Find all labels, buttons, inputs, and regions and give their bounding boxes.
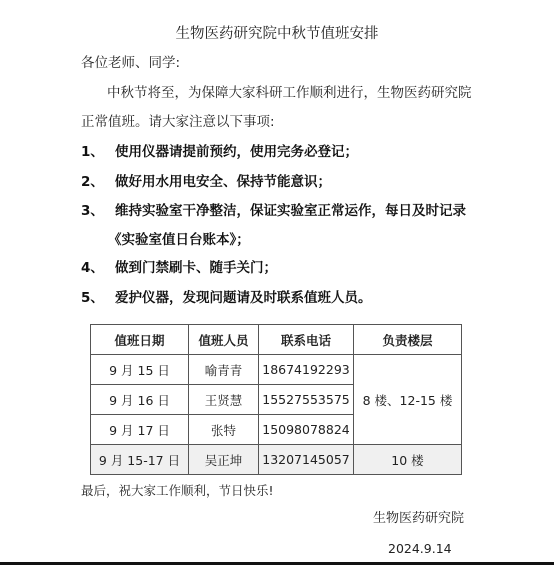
list-text: 做到门禁刷卡、随手关门； bbox=[115, 259, 277, 277]
list-text-continued: 《实验室值日台账本》； bbox=[108, 231, 250, 249]
cell-date: 9 月 15-17 日 bbox=[91, 445, 189, 475]
document-title: 生物医药研究院中秋节值班安排 bbox=[0, 25, 554, 43]
cell-phone: 13207145057 bbox=[259, 445, 354, 475]
header-floor: 负责楼层 bbox=[354, 325, 462, 355]
cell-person: 喻青青 bbox=[189, 355, 259, 385]
list-text: 维持实验室干净整洁，保证实验室正常运作，每日及时记录 bbox=[115, 202, 466, 220]
cell-date: 9 月 16 日 bbox=[91, 385, 189, 415]
table-row: 9 月 15 日 喻青青 18674192293 8 楼、12-15 楼 bbox=[91, 355, 462, 385]
cell-phone: 15098078824 bbox=[259, 415, 354, 445]
cell-floor: 10 楼 bbox=[354, 445, 462, 475]
cell-date: 9 月 15 日 bbox=[91, 355, 189, 385]
list-text: 爱护仪器，发现问题请及时联系值班人员。 bbox=[115, 289, 372, 307]
table-row: 9 月 15-17 日 吴正坤 13207145057 10 楼 bbox=[91, 445, 462, 475]
cell-phone: 15527553575 bbox=[259, 385, 354, 415]
intro-paragraph-line2: 正常值班。请大家注意以下事项: bbox=[81, 113, 275, 131]
list-number: 3、 bbox=[81, 202, 104, 220]
list-number: 1、 bbox=[81, 143, 104, 161]
list-number: 2、 bbox=[81, 173, 104, 191]
cell-person: 吴正坤 bbox=[189, 445, 259, 475]
cell-person: 王贤慧 bbox=[189, 385, 259, 415]
list-text: 使用仪器请提前预约，使用完务必登记； bbox=[115, 143, 358, 161]
document-date: 2024.9.14 bbox=[388, 540, 452, 558]
list-number: 5、 bbox=[81, 289, 104, 307]
cell-date: 9 月 17 日 bbox=[91, 415, 189, 445]
closing-remark: 最后，祝大家工作顺利，节日快乐! bbox=[81, 482, 274, 500]
table-header-row: 值班日期 值班人员 联系电话 负责楼层 bbox=[91, 325, 462, 355]
intro-paragraph-line1: 中秋节将至，为保障大家科研工作顺利进行，生物医药研究院 bbox=[107, 84, 472, 102]
header-phone: 联系电话 bbox=[259, 325, 354, 355]
cell-phone: 18674192293 bbox=[259, 355, 354, 385]
cell-person: 张特 bbox=[189, 415, 259, 445]
header-person: 值班人员 bbox=[189, 325, 259, 355]
list-number: 4、 bbox=[81, 259, 104, 277]
duty-table: 值班日期 值班人员 联系电话 负责楼层 9 月 15 日 喻青青 1867419… bbox=[90, 324, 462, 475]
signature: 生物医药研究院 bbox=[373, 510, 464, 528]
header-date: 值班日期 bbox=[91, 325, 189, 355]
cell-floor-merged: 8 楼、12-15 楼 bbox=[354, 355, 462, 445]
greeting: 各位老师、同学: bbox=[81, 54, 180, 72]
list-text: 做好用水用电安全、保持节能意识； bbox=[115, 173, 331, 191]
